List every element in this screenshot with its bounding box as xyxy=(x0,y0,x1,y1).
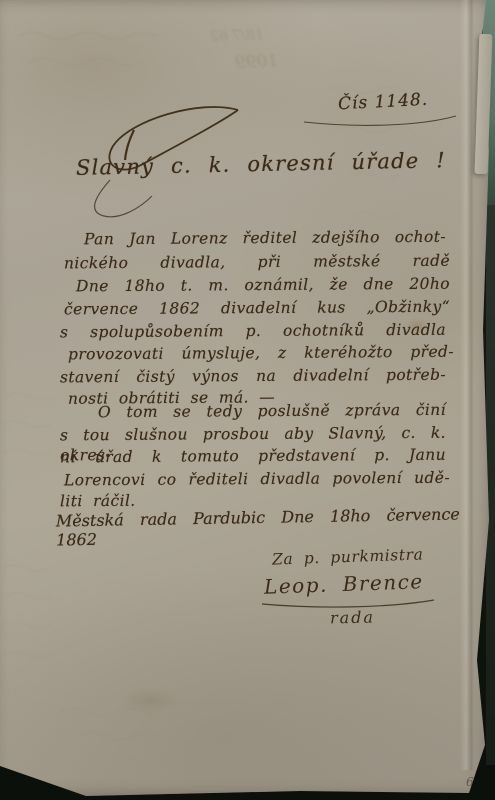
reference-number: Čís 1148. xyxy=(338,90,429,115)
signature-per-procura: Za p. purkmistra xyxy=(272,545,424,568)
dateline: Městská rada Pardubic Dne 18ho července … xyxy=(56,504,461,549)
page-number: 6 xyxy=(466,775,474,789)
letter-line: nického divadla, při městské radě xyxy=(64,251,450,274)
letter-line: s spolupůsobením p. ochotníků divadla xyxy=(60,320,446,343)
letter-line: provozovati úmysluje, z kteréhožto před- xyxy=(68,342,454,365)
letter-line: O tom se tedy poslušně zpráva činí xyxy=(98,400,446,422)
letter-line: ní úřad k tomuto představení p. Janu xyxy=(60,445,446,468)
photographed-archive-page: 18/7 62 1099 Čís 1148. xyxy=(0,0,495,800)
reference-underline-flourish xyxy=(300,112,460,132)
letter-line: Dne 18ho t. m. oznámil, že dne 20ho xyxy=(76,274,450,297)
signature-title: rada xyxy=(330,608,375,628)
signature-name: Leop. Brence xyxy=(264,569,424,599)
letter-line: července 1862 divadelní kus „Obžinky“ xyxy=(64,297,450,320)
letter-line: Lorencovi co řediteli divadla povolení u… xyxy=(64,468,450,491)
letter-line: Pan Jan Lorenz ředitel zdejšího ochot- xyxy=(84,227,446,250)
letter-line: liti ráčil. xyxy=(60,491,136,512)
letter-ink-layer: Čís 1148. Slavný c. k. okresní úřade ! P… xyxy=(0,0,495,800)
salutation-swash-flourish xyxy=(74,178,224,223)
letter-line: stavení čistý výnos na divadelní potřeb- xyxy=(60,365,446,388)
